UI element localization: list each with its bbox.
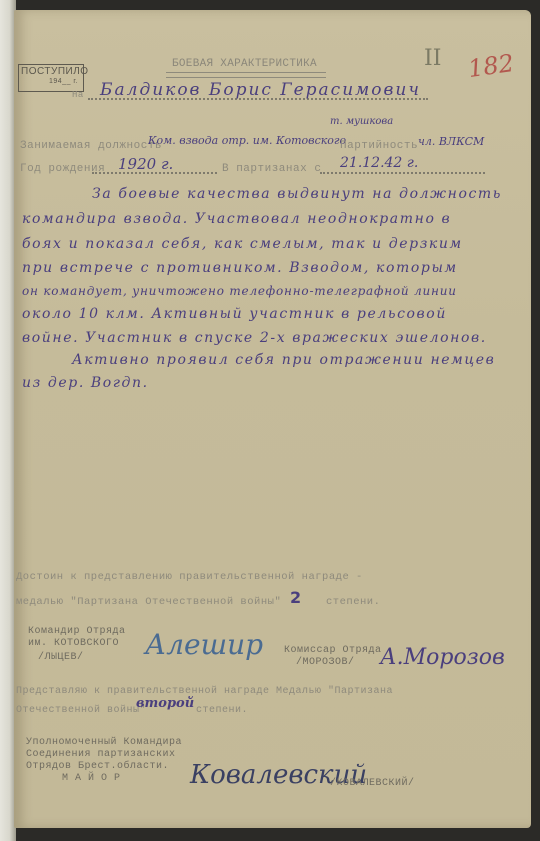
partisan-dotted-line	[320, 172, 485, 174]
approval-line-2-suffix: степени.	[196, 705, 248, 716]
commander-title-2: им. КОТОВСКОГО	[28, 638, 119, 649]
position-label: Занимаемая должность	[20, 140, 162, 152]
body-line: боях и показал себя, как смелым, так и д…	[22, 236, 463, 252]
partisan-value: 21.12.42 г.	[340, 155, 418, 171]
approval-line-1: Представляю к правительственной награде …	[16, 686, 393, 697]
party-note: т. мушкова	[330, 116, 393, 127]
authorized-title-3: Отрядов Брест.области.	[26, 761, 169, 772]
body-line: при встрече с противником. Взводом, кото…	[22, 260, 458, 276]
authorized-title-2: Соединения партизанских	[26, 749, 176, 760]
body-line: За боевые качества выдвинут на должность	[92, 186, 502, 202]
authorized-title-1: Уполномоченный Командира	[26, 737, 182, 748]
stamp-year: 194__ г.	[49, 78, 78, 85]
commander-title-1: Командир Отряда	[28, 626, 126, 637]
party-value: чл. ВЛКСМ	[418, 135, 484, 148]
commander-signature: Алешир	[145, 628, 263, 661]
authorized-name: /КОВАЛЕВСКИЙ/	[330, 778, 415, 789]
party-label: Партийность	[340, 140, 418, 152]
recommendation-line-1: Достоин к представлению правительственно…	[16, 571, 363, 583]
title-underline	[166, 72, 326, 78]
approval-degree: второй	[136, 696, 194, 711]
body-line: из дер. Вогдп.	[22, 375, 149, 391]
body-line: он командует, уничтожено телефонно-телег…	[22, 284, 457, 298]
birth-value: 1920 г.	[118, 155, 173, 173]
stamp-label: ПОСТУПИЛО	[21, 66, 89, 77]
name-value: Балдиков Борис Герасимович	[100, 80, 421, 100]
recommendation-line-2-prefix: медалью "Партизана Отечественной войны"	[16, 596, 281, 608]
name-label: На	[72, 90, 84, 100]
recommendation-line-2-suffix: степени.	[326, 596, 380, 608]
received-stamp: ПОСТУПИЛО 194__ г.	[18, 64, 84, 92]
position-value: Ком. взвода отр. им. Котовского	[148, 134, 346, 147]
recommendation-degree: 2	[290, 588, 301, 607]
commissar-name: /МОРОЗОВ/	[296, 657, 355, 668]
approval-line-2-prefix: Отечественной войны"	[16, 705, 146, 716]
body-line: около 10 клм. Активный участник в рельсо…	[22, 306, 447, 322]
archive-mark: II	[424, 46, 441, 71]
partisan-label: В партизанах с	[222, 163, 321, 175]
body-line: командира взвода. Участвовал неоднократн…	[22, 211, 451, 227]
body-line: войне. Участник в спуске 2-х вражеских э…	[22, 330, 487, 346]
commissar-signature: А.Морозов	[380, 645, 505, 670]
document-title: БОЕВАЯ ХАРАКТЕРИСТИКА	[172, 58, 317, 70]
body-line: Активно проявил себя при отражении немце…	[72, 352, 495, 368]
commissar-title: Комиссар Отряда	[284, 645, 382, 656]
authorized-rank: М А Й О Р	[62, 773, 121, 784]
commander-name: /ЛЫЦЕВ/	[38, 652, 84, 663]
